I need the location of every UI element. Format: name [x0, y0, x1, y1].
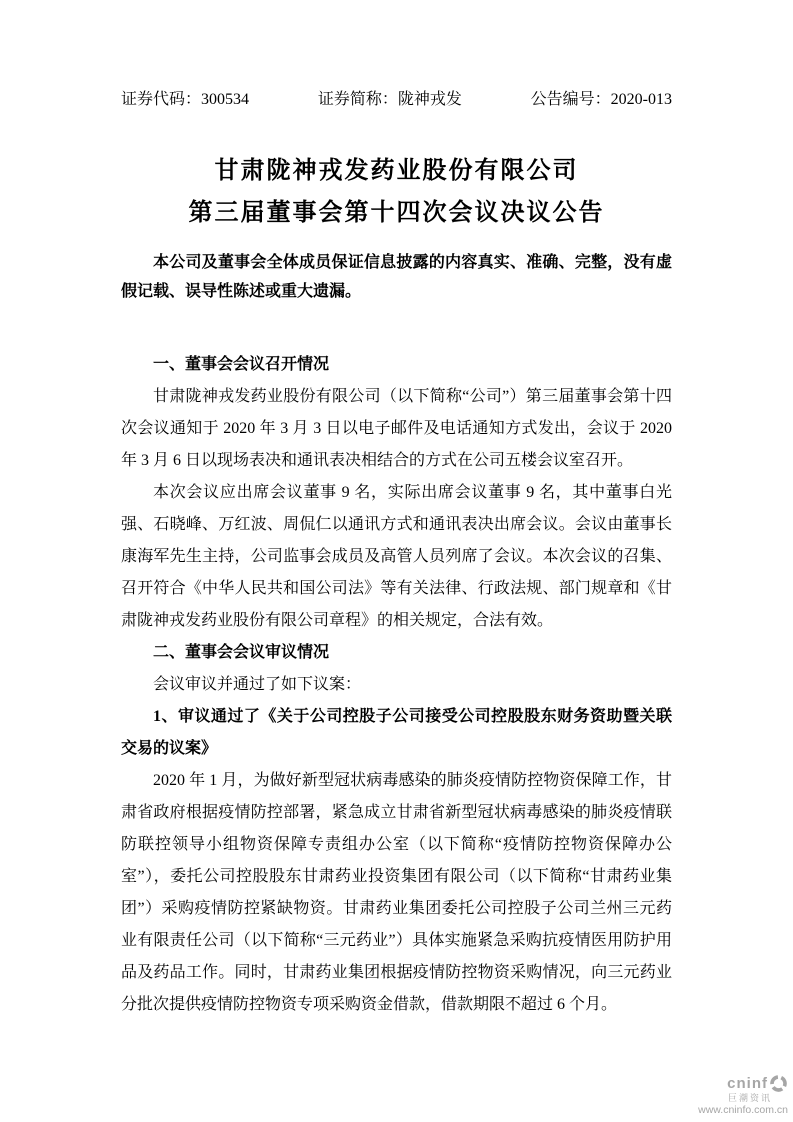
announcement-number: 公告编号：2020-013: [531, 90, 672, 110]
stock-short-name: 证券简称：陇神戎发: [318, 90, 462, 110]
document-title-line1: 甘肃陇神戎发药业股份有限公司: [121, 150, 672, 192]
cninfo-logo: cninf 巨潮资讯 www.cninfo.com.cn: [698, 1074, 788, 1117]
cninfo-chinese-name: 巨潮资讯: [698, 1093, 772, 1104]
stock-code: 证券代码：300534: [121, 90, 249, 110]
section-2-item-1-body: 2020 年 1 月，为做好新型冠状病毒感染的肺炎疫情防控物资保障工作，甘肃省政…: [121, 765, 672, 1021]
cninfo-logo-top: cninf: [698, 1074, 788, 1093]
document-title-line2: 第三届董事会第十四次会议决议公告: [121, 192, 672, 234]
section-2-heading: 二、董事会会议审议情况: [121, 637, 672, 669]
section-1-paragraph-1: 甘肃陇神戎发药业股份有限公司（以下简称“公司”）第三届董事会第十四次会议通知于 …: [121, 381, 672, 477]
section-1-heading: 一、董事会会议召开情况: [121, 349, 672, 381]
section-1-paragraph-2: 本次会议应出席会议董事 9 名，实际出席会议董事 9 名，其中董事白光强、石晓峰…: [121, 477, 672, 637]
announcement-page: 证券代码：300534 证券简称：陇神戎发 公告编号：2020-013 甘肃陇神…: [0, 0, 793, 1122]
section-2-intro: 会议审议并通过了如下议案：: [121, 669, 672, 701]
section-2-item-1-title: 1、审议通过了《关于公司控股子公司接受公司控股股东财务资助暨关联交易的议案》: [121, 701, 672, 765]
cninfo-swirl-icon: [769, 1074, 788, 1093]
document-title: 甘肃陇神戎发药业股份有限公司 第三届董事会第十四次会议决议公告: [121, 150, 672, 234]
disclosure-notice: 本公司及董事会全体成员保证信息披露的内容真实、准确、完整，没有虚假记载、误导性陈…: [121, 248, 672, 306]
cninfo-url: www.cninfo.com.cn: [698, 1104, 788, 1117]
cninfo-logo-text: cninf: [727, 1076, 768, 1091]
meta-row: 证券代码：300534 证券简称：陇神戎发 公告编号：2020-013: [121, 90, 672, 110]
